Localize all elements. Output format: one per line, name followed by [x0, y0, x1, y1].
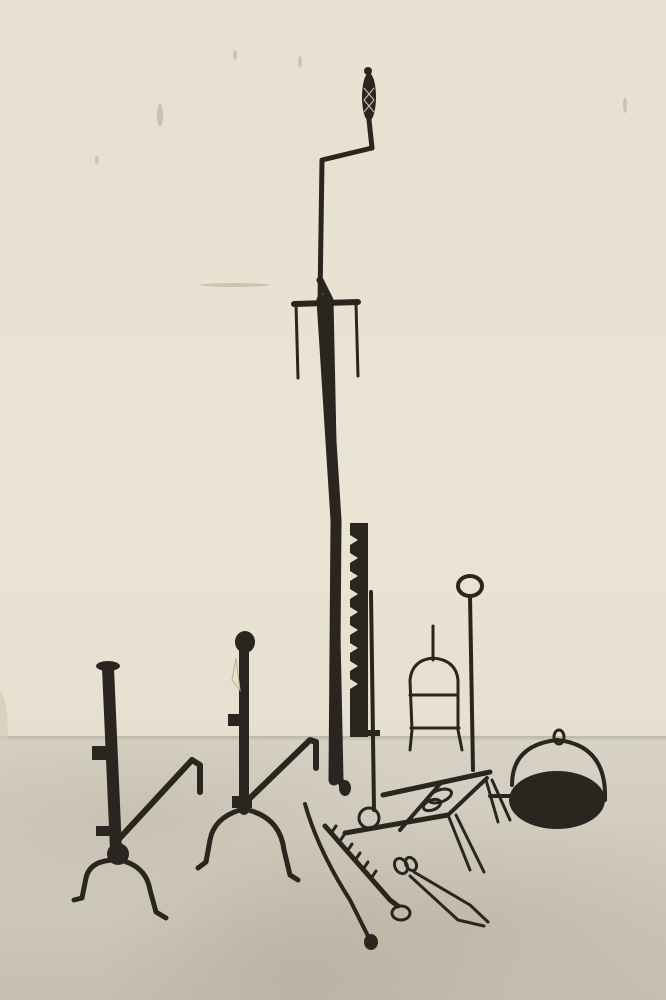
sawtooth-trammel: [350, 523, 368, 737]
paper-tag: [232, 658, 240, 690]
andiron-left: [74, 661, 200, 918]
andiron-right: [198, 631, 316, 880]
wall-marks: [95, 50, 627, 287]
toaster-rack: [410, 626, 462, 750]
wall-chip: [0, 690, 8, 742]
iron-tools-illustration: .iron { stroke: #2b2520; fill: none; str…: [0, 0, 666, 1000]
trivet: [345, 772, 510, 872]
photo-scene: .iron { stroke: #2b2520; fill: none; str…: [0, 0, 666, 1000]
scissor-tongs: [392, 855, 488, 926]
